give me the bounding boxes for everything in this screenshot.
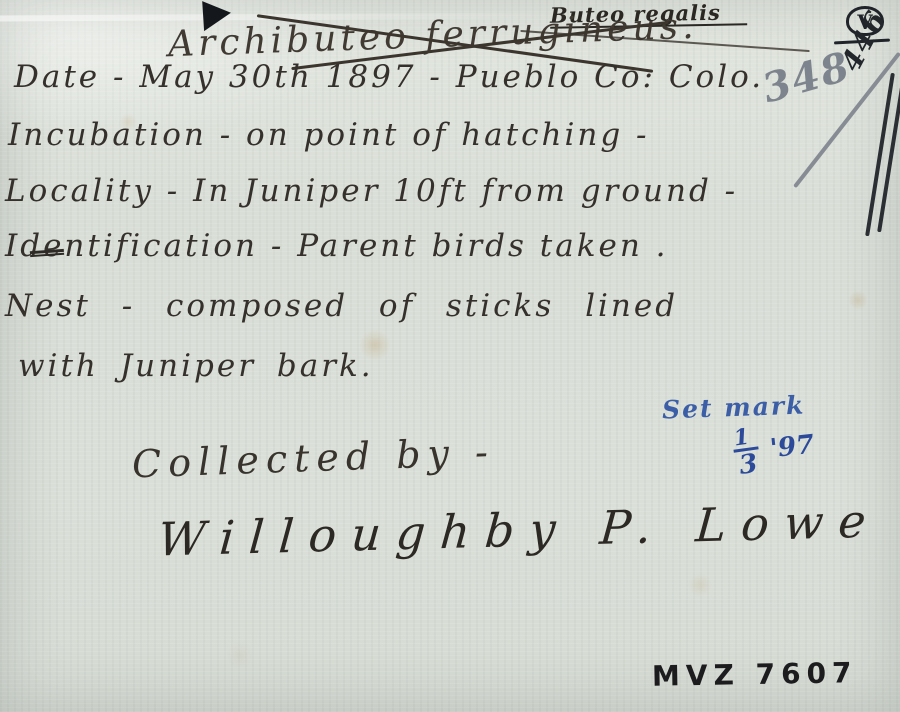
date-line: Date - May 30th 1897 - Pueblo Co: Colo. xyxy=(14,60,764,94)
specimen-card: Buteo regalis Archibuteo ferrugineus. V … xyxy=(0,0,900,712)
set-mark-label: Set mark xyxy=(662,392,806,424)
set-mark-fraction: 1 3 xyxy=(730,424,763,481)
collected-by-line: Collected by - xyxy=(131,432,495,486)
museum-accession-number: MVZ 7607 xyxy=(652,658,858,692)
identification-line: Identification - Parent birds taken . xyxy=(5,229,669,263)
locality-line: Locality - In Juniper 10ft from ground - xyxy=(5,174,738,208)
set-mark-fraction-denominator: 3 xyxy=(734,449,763,481)
set-mark-block: Set mark 1 3 '97 xyxy=(662,394,805,422)
incubation-line: Incubation - on point of hatching - xyxy=(8,118,650,152)
set-mark-year: '97 xyxy=(769,430,816,464)
nest-line-2: with Juniper bark. xyxy=(18,349,374,383)
collector-signature: Willoughby P. Lowe xyxy=(156,495,883,565)
nest-line-1: Nest - composed of sticks lined xyxy=(5,289,678,323)
